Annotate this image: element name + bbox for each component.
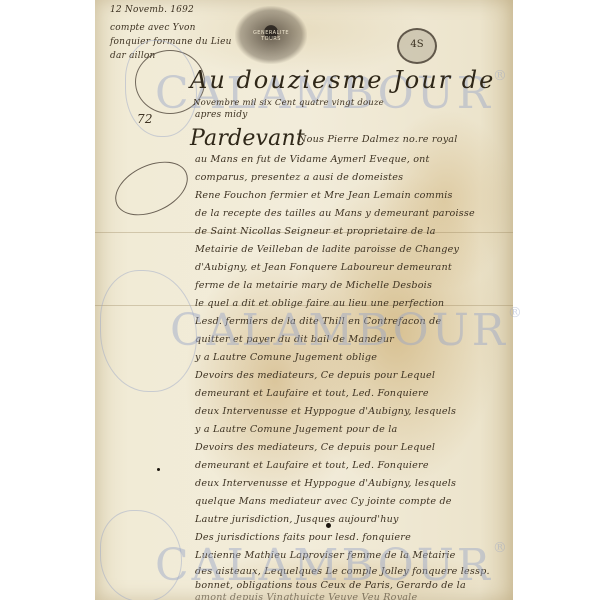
watermark-text: CALAMBOUR	[170, 305, 508, 356]
body-line: Rene Fouchon fermier et Mre Jean Lemain …	[195, 190, 453, 201]
body-line: y a Lautre Comune Jugement oblige	[195, 352, 377, 363]
pen-flourish	[107, 151, 197, 226]
body-line: deux Intervenusse et Hyppogue d'Aubigny,…	[195, 478, 456, 489]
watermark: CALAMBOUR®	[155, 540, 510, 591]
manuscript-page: 12 Novemb. 1692 compte avec Yvon fonquie…	[95, 0, 513, 600]
body-line: de la recepte des tailles au Mans y deme…	[195, 208, 475, 219]
body-line: demeurant et Laufaire et tout, Led. Fonq…	[195, 460, 429, 471]
body-line: Nous Pierre Dalmez no.re royal	[298, 134, 458, 145]
body-line: quelque Mans mediateur avec Cy jointe co…	[195, 496, 452, 507]
body-line: y a Lautre Comune Jugement pour de la	[195, 424, 397, 435]
body-line: de Saint Nicollas Seigneur et proprietai…	[195, 226, 436, 237]
small-stamp-seal: 4S	[397, 28, 437, 64]
body-line: d'Aubigny, et Jean Fonquere Laboureur de…	[195, 262, 452, 273]
registered-mark: ®	[508, 305, 525, 321]
time-line: apres midy	[195, 110, 248, 120]
body-line: Metairie de Veilleban de ladite paroisse…	[195, 244, 459, 255]
margin-note-date: 12 Novemb. 1692	[110, 4, 194, 17]
ink-blot	[157, 468, 160, 471]
body-line: amont depuis Vingthuicte Veuve Veu Royal…	[195, 592, 417, 600]
body-line: au Mans en fut de Vidame Aymerl Eveque, …	[195, 154, 430, 165]
registered-mark: ®	[493, 540, 510, 556]
document-title: Au douziesme Jour de	[190, 66, 495, 94]
date-line: Novembre mil six Cent quatre vingt douze	[193, 98, 384, 108]
body-line: ferme de la metairie mary de Michelle De…	[195, 280, 432, 291]
body-line: Lautre jurisdiction, Jusques aujourd'huy	[195, 514, 399, 525]
margin-note: compte avec Yvon	[110, 22, 196, 35]
royal-tax-seal: GENERALITE TOURS	[235, 6, 307, 64]
body-line: deux Intervenusse et Hyppogue d'Aubigny,…	[195, 406, 456, 417]
opening-word: Pardevant	[190, 126, 305, 151]
body-line: comparus, presentez a ausi de domeistes	[195, 172, 403, 183]
watermark: CALAMBOUR®	[170, 305, 525, 356]
body-line: Devoirs des mediateurs, Ce depuis pour L…	[195, 442, 435, 453]
body-line: Devoirs des mediateurs, Ce depuis pour L…	[195, 370, 435, 381]
body-line: demeurant et Laufaire et tout, Led. Fonq…	[195, 388, 429, 399]
seal-text: GENERALITE TOURS	[247, 30, 295, 42]
watermark-text: CALAMBOUR	[155, 540, 493, 591]
registered-mark: ®	[493, 68, 510, 84]
ink-blot	[326, 523, 331, 528]
